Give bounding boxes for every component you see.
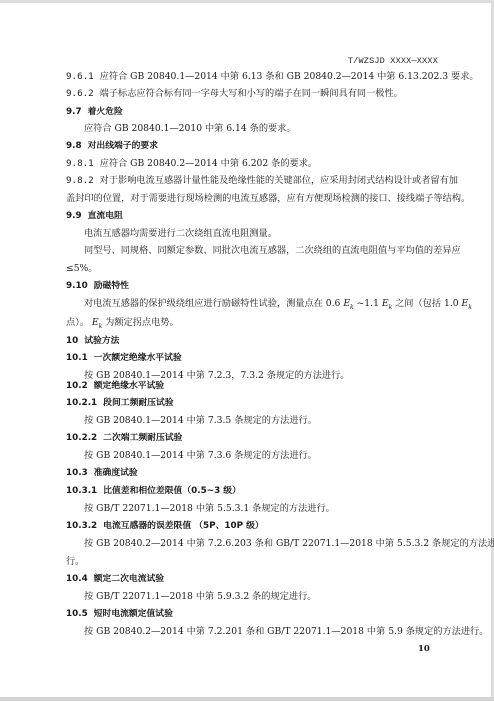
heading-9-7: 9.7着火危险 [66, 106, 442, 118]
heading-9-9: 9.9直流电阻 [66, 210, 442, 222]
clause-number: 9.8.2 [66, 175, 94, 187]
heading-text: 一次额定绝缘水平试验 [94, 353, 182, 363]
heading-text: 对出线端子的要求 [88, 141, 158, 151]
heading-10-3: 10.3准确度试验 [66, 467, 442, 479]
paragraph: 按 GB 20840.2—2014 中第 7.2.201 条和 GB/T 220… [84, 626, 442, 638]
heading-text: 短时电流额定值试验 [94, 609, 173, 619]
heading-10-3-1: 10.3.1比值差和相位差限值（0.5~3 级） [66, 485, 442, 497]
heading-text: 试验方法 [84, 336, 119, 346]
text-fragment: 对电流互感器的保护级绕组应进行励磁特性试验，测量点在 0.6 [84, 298, 343, 309]
clause-number: 9.9 [66, 210, 82, 222]
clause-number: 10.4 [66, 573, 88, 585]
clause-number: 10.3 [66, 467, 88, 479]
text-fragment: 点）。 [66, 317, 92, 328]
clause-text: 应符合 GB 20840.2—2014 中第 6.202 条的要求。 [100, 158, 317, 169]
clause-number: 9.8.1 [66, 158, 94, 170]
paragraph: 按 GB 20840.2—2014 中第 7.2.6.203 条和 GB/T 2… [84, 538, 442, 550]
heading-text: 额定二次电流试验 [94, 574, 164, 584]
page-number: 10 [418, 644, 430, 654]
paragraph: 按 GB 20840.1—2014 中第 7.3.5 条规定的方法进行。 [84, 415, 442, 427]
heading-text: 直流电阻 [88, 211, 123, 221]
clause-number: 10.2 [66, 380, 88, 392]
text-fragment: ~1.1 [354, 298, 382, 309]
ek-symbol: Ek [382, 298, 392, 309]
heading-10-1: 10.1一次额定绝缘水平试验 [66, 352, 442, 364]
clause-number: 10 [66, 335, 78, 347]
clause-number: 9.6.2 [66, 88, 94, 100]
heading-10-2: 10.2额定绝缘水平试验 [66, 380, 442, 392]
clause-text: 对于影响电流互感器计量性能及绝缘性能的关键部位，应采用封闭式结构设计或者留有加 [100, 175, 458, 186]
heading-text: 着火危险 [88, 107, 123, 117]
heading-9-10: 9.10励磁特性 [66, 280, 442, 292]
heading-text: 电流互感器的误差限值 （5P、10P 级） [103, 521, 264, 531]
heading-text: 准确度试验 [94, 468, 138, 478]
heading-text: 额定绝缘水平试验 [94, 381, 164, 391]
paragraph: 应符合 GB 20840.1—2010 中第 6.14 条的要求。 [84, 123, 442, 135]
heading-9-8: 9.8对出线端子的要求 [66, 140, 442, 152]
paragraph-excitation: 对电流互感器的保护级绕组应进行励磁特性试验，测量点在 0.6 Ek ~1.1 E… [84, 298, 442, 314]
clause-9-6-2: 9.6.2端子标志应符合标有同一字母大写和小写的端子在同一瞬间具有同一极性。 [66, 88, 442, 100]
heading-10-2-1: 10.2.1段间工频耐压试验 [66, 397, 442, 409]
heading-text: 励磁特性 [94, 281, 129, 291]
heading-10-4: 10.4额定二次电流试验 [66, 573, 442, 585]
clause-number: 9.7 [66, 106, 82, 118]
clause-9-8-1: 9.8.1应符合 GB 20840.2—2014 中第 6.202 条的要求。 [66, 158, 442, 170]
paragraph: 按 GB/T 22071.1—2018 中第 5.5.3.1 条规定的方法进行。 [84, 503, 442, 515]
clause-number: 10.1 [66, 352, 88, 364]
clause-number: 9.10 [66, 280, 88, 292]
paragraph: 按 GB 20840.1—2014 中第 7.3.6 条规定的方法进行。 [84, 450, 442, 462]
clause-number: 10.3.2 [66, 520, 97, 532]
clause-number: 10.2.1 [66, 397, 97, 409]
text-fragment: 之间（包括 1.0 [392, 298, 461, 309]
ek-symbol: Ek [92, 317, 102, 328]
text-fragment: 为额定拐点电势。 [102, 317, 178, 328]
clause-continuation: 盖封印的位置，对于需要进行现场检测的电流互感器，应有方便现场检测的接口、接线端子… [66, 193, 442, 205]
heading-text: 比值差和相位差限值（0.5~3 级） [103, 486, 241, 496]
clause-number: 9.8 [66, 140, 82, 152]
clause-text: 端子标志应符合标有同一字母大写和小写的端子在同一瞬间具有同一极性。 [100, 88, 403, 99]
clause-number: 10.2.2 [66, 432, 97, 444]
paragraph: 电流互感器均需要进行二次绕组直流电阻测量。 [84, 228, 442, 240]
clause-9-8-2: 9.8.2对于影响电流互感器计量性能及绝缘性能的关键部位，应采用封闭式结构设计或… [66, 175, 442, 187]
heading-10: 10试验方法 [66, 335, 442, 347]
clause-9-6-1: 9.6.1应符合 GB 20840.1—2014 中第 6.13 条和 GB 2… [66, 71, 442, 83]
paragraph: 同型号、同规格、同额定参数、同批次电流互感器，二次绕组的直流电阻值与平均值的差异… [84, 245, 442, 257]
heading-10-2-2: 10.2.2二次端工频耐压试验 [66, 432, 442, 444]
paragraph: 按 GB/T 22071.1—2018 中第 5.9.3.2 条的规定进行。 [84, 591, 442, 603]
clause-text: 应符合 GB 20840.1—2014 中第 6.13 条和 GB 20840.… [100, 71, 479, 82]
ek-symbol: Ek [462, 298, 472, 309]
clause-number: 9.6.1 [66, 71, 94, 83]
ek-symbol: Ek [343, 298, 353, 309]
standard-code-header: T/WZSJD XXXX—XXXX [348, 56, 438, 66]
paragraph-continuation: 行。 [66, 556, 442, 568]
clause-number: 10.3.1 [66, 485, 97, 497]
heading-10-3-2: 10.3.2电流互感器的误差限值 （5P、10P 级） [66, 520, 442, 532]
heading-10-5: 10.5短时电流额定值试验 [66, 608, 442, 620]
document-page: T/WZSJD XXXX—XXXX 9.6.1应符合 GB 20840.1—20… [0, 3, 491, 697]
heading-text: 二次端工频耐压试验 [103, 433, 182, 443]
clause-number: 10.5 [66, 608, 88, 620]
heading-text: 段间工频耐压试验 [103, 398, 173, 408]
paragraph-continuation: 点）。 Ek 为额定拐点电势。 [66, 317, 442, 333]
viewer-bottom-border [0, 697, 494, 701]
paragraph-continuation: ≤5%。 [66, 263, 442, 275]
